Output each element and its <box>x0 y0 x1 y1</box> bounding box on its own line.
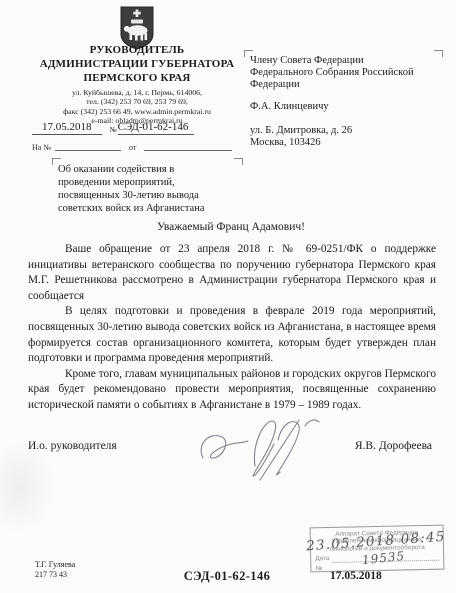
letter-number: СЭД-01-62-146 <box>118 121 195 135</box>
stamp-number-label: № <box>315 565 322 573</box>
executor-block: Т.Г. Гуляева 217 73 43 <box>35 560 75 580</box>
signer-position: И.о. руководителя <box>28 440 117 452</box>
signer-name: Я.В. Дорофеева <box>355 440 432 452</box>
contact-line: факс (342) 253 66 49, www.admin.permkrai… <box>20 107 254 116</box>
date-number-line: 17.05.2018 № СЭД-01-62-146 <box>32 121 244 135</box>
org-line: ПЕРМСКОГО КРАЯ <box>20 71 254 85</box>
number-sign: № <box>110 125 117 134</box>
executor-phone: 217 73 43 <box>35 570 75 580</box>
letter-body: Ваше обращение от 23 апреля 2018 г. № 69… <box>28 242 436 414</box>
paragraph: В целях подготовки и проведения в феврал… <box>28 304 436 366</box>
footer-date: 17.05.2018 <box>330 570 382 582</box>
executor-name: Т.Г. Гуляева <box>35 560 75 570</box>
contact-line: тел. (342) 253 70 69, 253 79 69, <box>20 97 254 106</box>
subject-line: Об оказании содействия в <box>58 163 242 176</box>
addressee-line: Федерации <box>250 79 442 91</box>
ref-number-blank <box>55 150 121 151</box>
subject-line: посвященных 30-летию вывода <box>58 189 242 202</box>
ref-date-blank <box>144 150 232 151</box>
addressee-line: Федерального Собрания Российской <box>250 67 442 79</box>
salutation: Уважаемый Франц Адамович! <box>28 221 434 233</box>
subject-line: советских войск из Афганистана <box>58 202 242 215</box>
ref-ot-label: от <box>129 143 136 152</box>
paragraph: Ваше обращение от 23 апреля 2018 г. № 69… <box>28 242 436 304</box>
addressee-city: Москва, 103426 <box>250 137 442 149</box>
faint-stamp-smudge <box>0 440 57 535</box>
scanned-letter-page: РУКОВОДИТЕЛЬ АДМИНИСТРАЦИИ ГУБЕРНАТОРА П… <box>0 0 456 593</box>
organization-name: РУКОВОДИТЕЛЬ АДМИНИСТРАЦИИ ГУБЕРНАТОРА П… <box>20 43 254 85</box>
addressee-name: Ф.А. Клинцевичу <box>250 101 442 113</box>
letter-date: 17.05.2018 <box>32 121 102 135</box>
contact-line: ул. Куйбышева, д. 14, г. Пермь, 614006, <box>20 88 254 97</box>
organization-contacts: ул. Куйбышева, д. 14, г. Пермь, 614006, … <box>20 88 254 126</box>
paragraph: Кроме того, главам муниципальных районов… <box>28 367 436 414</box>
footer-doc-number: СЭД-01-62-146 <box>162 569 292 584</box>
reference-line: На № от <box>32 143 232 152</box>
ref-na-label: На № <box>32 143 51 152</box>
stamp-date-label: Дата <box>315 555 329 563</box>
org-line: АДМИНИСТРАЦИИ ГУБЕРНАТОРА <box>20 57 254 71</box>
org-line: РУКОВОДИТЕЛЬ <box>20 43 254 57</box>
signature-scribble <box>193 416 335 484</box>
addressee-line: Члену Совета Федерации <box>250 55 442 67</box>
addressee-street: ул. Б. Дмитровка, д. 26 <box>250 125 442 137</box>
addressee-block: Члену Совета Федерации Федерального Собр… <box>250 55 442 149</box>
subject-line: проведении мероприятий, <box>58 176 242 189</box>
subject-block: Об оказании содействия в проведении меро… <box>58 163 242 215</box>
